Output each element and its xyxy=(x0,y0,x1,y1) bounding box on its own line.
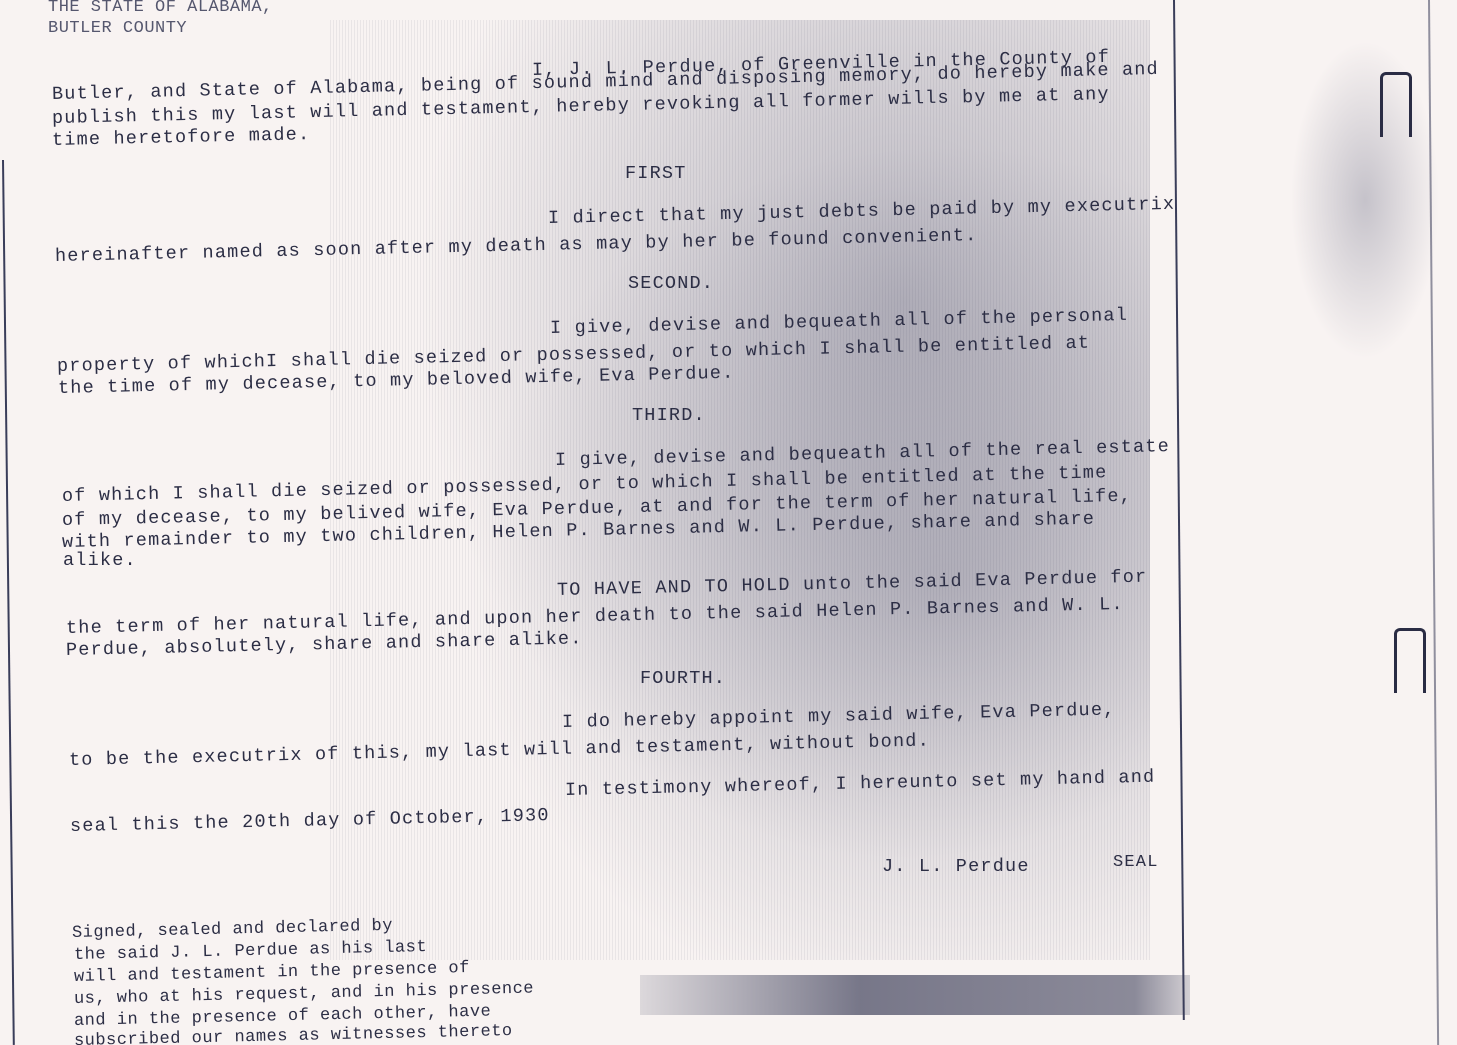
article-line: hereinafter named as soon after my death… xyxy=(55,225,978,267)
article-heading-second: SECOND. xyxy=(628,273,714,294)
photocopy-smudge xyxy=(1290,40,1440,360)
page-edge-line xyxy=(1428,0,1439,1045)
seal-label: SEAL xyxy=(1113,853,1159,872)
photocopy-smudge xyxy=(640,975,1190,1015)
preamble-line: time heretofore made. xyxy=(52,124,311,151)
article-heading-fourth: FOURTH. xyxy=(640,668,726,689)
testimonium-line: In testimony whereof, I hereunto set my … xyxy=(565,767,1156,801)
article-line: I direct that my just debts be paid by m… xyxy=(548,194,1176,229)
will-document-page: THE STATE OF ALABAMA, BUTLER COUNTY I, J… xyxy=(0,0,1457,1045)
right-margin-line xyxy=(1173,0,1185,1020)
jurisdiction-state: THE STATE OF ALABAMA, xyxy=(48,0,273,17)
article-line: to be the executrix of this, my last wil… xyxy=(69,730,930,771)
testimonium-line: seal this the 20th day of October, 1930 xyxy=(70,805,550,837)
binder-hole-icon xyxy=(1380,72,1412,137)
binder-hole-icon xyxy=(1394,628,1426,693)
jurisdiction-county: BUTLER COUNTY xyxy=(48,19,187,38)
article-line: alike. xyxy=(63,550,137,571)
article-heading-first: FIRST xyxy=(625,163,687,184)
habendum-line: the term of her natural life, and upon h… xyxy=(66,594,1124,639)
left-margin-line xyxy=(2,160,15,1045)
article-heading-third: THIRD. xyxy=(632,405,706,426)
article-line: I do hereby appoint my said wife, Eva Pe… xyxy=(562,699,1116,733)
signature-name: J. L. Perdue xyxy=(882,856,1030,877)
